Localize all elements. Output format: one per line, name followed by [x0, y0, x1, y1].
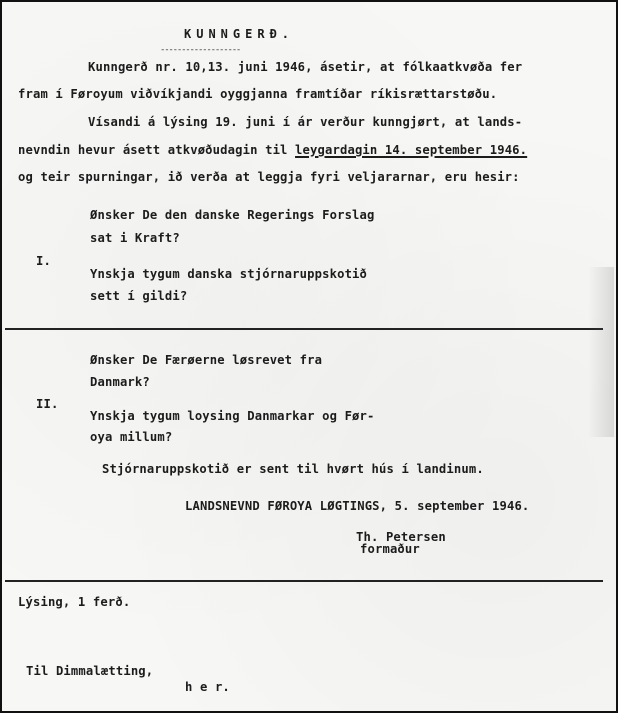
document-title: KUNNGERÐ.: [184, 27, 294, 41]
question-1-danish-line-1: Ønsker De den danske Regerings Forslag: [90, 208, 375, 222]
distribution-note: Stjórnaruppskotið er sent til hvørt hús …: [102, 462, 484, 476]
signatory-role: formaður: [360, 542, 420, 556]
intro-line-3: Vísandi á lýsing 19. juni í ár verður ku…: [88, 115, 522, 129]
intro-line-4: nevndin hevur ásett atkvøðudagin til ley…: [18, 143, 527, 157]
scan-shadow: [588, 267, 614, 437]
title-underline-rule: -------------------: [160, 45, 240, 55]
intro-line-5: og teir spurningar, ið verða at leggja f…: [18, 170, 520, 184]
intro-line-4-prefix: nevndin hevur ásett atkvøðudagin til: [18, 143, 295, 157]
section-divider-2: [5, 580, 603, 582]
question-1-faroese-line-1: Ynskja tygum danska stjórnaruppskotið: [90, 267, 367, 281]
question-2-danish-line-1: Ønsker De Færøerne løsrevet fra: [90, 353, 322, 367]
intro-line-2: fram í Føroyum viðvíkjandi oyggjanna fra…: [18, 87, 497, 101]
question-2-faroese-line-1: Ynskja tygum loysing Danmarkar og Før-: [90, 409, 375, 423]
question-2-numeral: II.: [36, 397, 58, 411]
document-page: KUNNGERÐ. ------------------- Kunngerð n…: [0, 0, 618, 713]
voting-date-underlined: leygardagin 14. september 1946.: [295, 143, 527, 157]
question-1-faroese-line-2: sett í gildi?: [90, 289, 187, 303]
publication-notice: Lýsing, 1 ferð.: [18, 595, 130, 609]
addressee: Til Dimmalætting,: [26, 664, 153, 678]
question-2-faroese-line-2: oya millum?: [90, 430, 172, 444]
intro-line-1: Kunngerð nr. 10,13. juni 1946, ásetir, a…: [88, 60, 522, 74]
question-1-numeral: I.: [36, 254, 51, 268]
question-2-danish-line-2: Danmark?: [90, 375, 150, 389]
addressee-location: h e r.: [185, 680, 230, 694]
issuer-and-date: LANDSNEVND FØROYA LØGTINGS, 5. september…: [185, 499, 529, 513]
section-divider-1: [5, 328, 603, 330]
question-1-danish-line-2: sat i Kraft?: [90, 231, 180, 245]
